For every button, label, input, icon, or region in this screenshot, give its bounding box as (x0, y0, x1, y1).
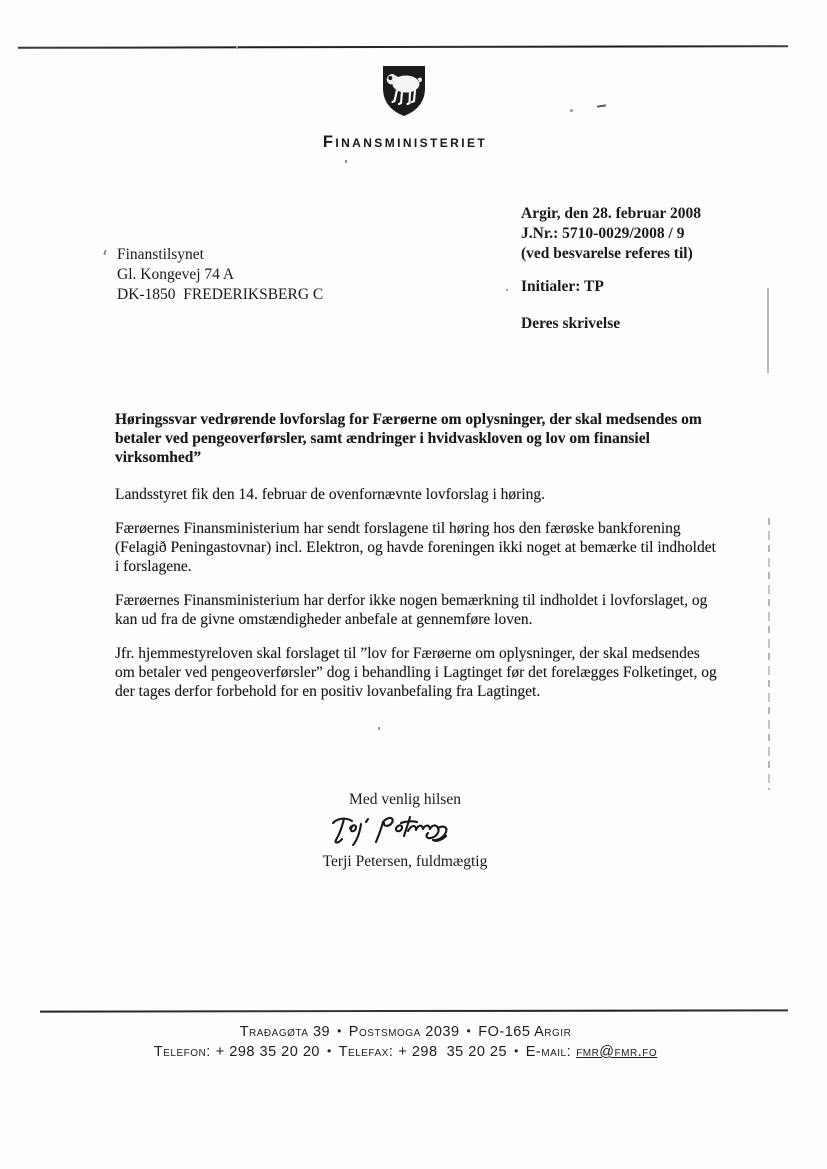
paragraph-3: Færøernes Finansministerium har derfor i… (115, 591, 719, 629)
postal-city: FO-165 Argir (478, 1024, 571, 1040)
journal-number: J.Nr.: 5710-0029/2008 / 9 (521, 224, 701, 244)
scan-artifact-speck (378, 727, 380, 730)
bullet-separator: • (337, 1024, 342, 1038)
signer-name: Terji Petersen, fuldmægtig (255, 852, 555, 871)
ram-shield-icon (379, 62, 429, 118)
scan-artifact-speck (570, 109, 573, 112)
recipient-city: DK-1850 FREDERIKSBERG C (117, 285, 323, 305)
email-address: fmr@fmr.fo (576, 1044, 657, 1060)
bullet-separator: • (467, 1024, 472, 1038)
scan-artifact-speck (103, 250, 106, 255)
footer-contact-line: Telefon:+ 298 35 20 20•Telefax:+ 298 35 … (0, 1042, 819, 1062)
subject-heading: Høringssvar vedrørende lovforslag for Fæ… (115, 410, 719, 467)
fax-number: + 298 35 20 25 (398, 1044, 507, 1060)
paragraph-4: Jfr. hjemmestyreloven skal forslaget til… (115, 644, 719, 701)
paragraph-1: Landsstyret fik den 14. februar de ovenf… (115, 485, 719, 504)
po-box: Postsmoga 2039 (349, 1024, 460, 1040)
initials-line: Initialer: TP (521, 277, 701, 297)
your-letter-label: Deres skrivelse (521, 314, 701, 334)
letter-meta: Argir, den 28. februar 2008 J.Nr.: 5710-… (521, 204, 701, 334)
paragraph-2: Færøernes Finansministerium har sendt fo… (115, 519, 719, 576)
fax-label: Telefax: (339, 1044, 394, 1060)
bullet-separator: • (327, 1044, 332, 1058)
recipient-address: Finanstilsynet Gl. Kongevej 74 A DK-1850… (117, 245, 323, 305)
handwritten-signature (330, 810, 480, 852)
bullet-separator: • (514, 1044, 519, 1058)
phone-label: Telefon: (154, 1044, 211, 1060)
recipient-street: Gl. Kongevej 74 A (117, 265, 323, 285)
top-divider (18, 45, 788, 49)
scan-artifact-dash (597, 104, 606, 107)
letter-body: Høringssvar vedrørende lovforslag for Fæ… (115, 410, 719, 716)
footer: Traðagøta 39•Postsmoga 2039•FO-165 Argir… (0, 1022, 819, 1062)
ministry-name: Finansministeriet (250, 133, 560, 152)
signature-block: Med venlig hilsen Terji Petersen, fuldmæ… (255, 790, 555, 871)
footer-address-line: Traðagøta 39•Postsmoga 2039•FO-165 Argir (0, 1022, 819, 1042)
scan-artifact-vertical-line (767, 288, 769, 373)
scan-artifact-speck (506, 289, 508, 291)
scan-artifact-vertical-dashes (768, 518, 770, 790)
closing-phrase: Med venlig hilsen (255, 790, 555, 809)
scan-artifact-speck (345, 160, 347, 163)
scanned-letter-page: Finansministeriet Finanstilsynet Gl. Kon… (0, 0, 827, 1169)
ministry-crest (379, 62, 429, 118)
reference-note: (ved besvarelse referes til) (521, 244, 701, 264)
phone-number: + 298 35 20 20 (216, 1044, 320, 1060)
date-line: Argir, den 28. februar 2008 (521, 204, 701, 224)
footer-divider (40, 1009, 788, 1012)
email-label: E-mail: (526, 1044, 571, 1060)
street-address: Traðagøta 39 (240, 1024, 330, 1040)
recipient-name: Finanstilsynet (117, 245, 323, 265)
